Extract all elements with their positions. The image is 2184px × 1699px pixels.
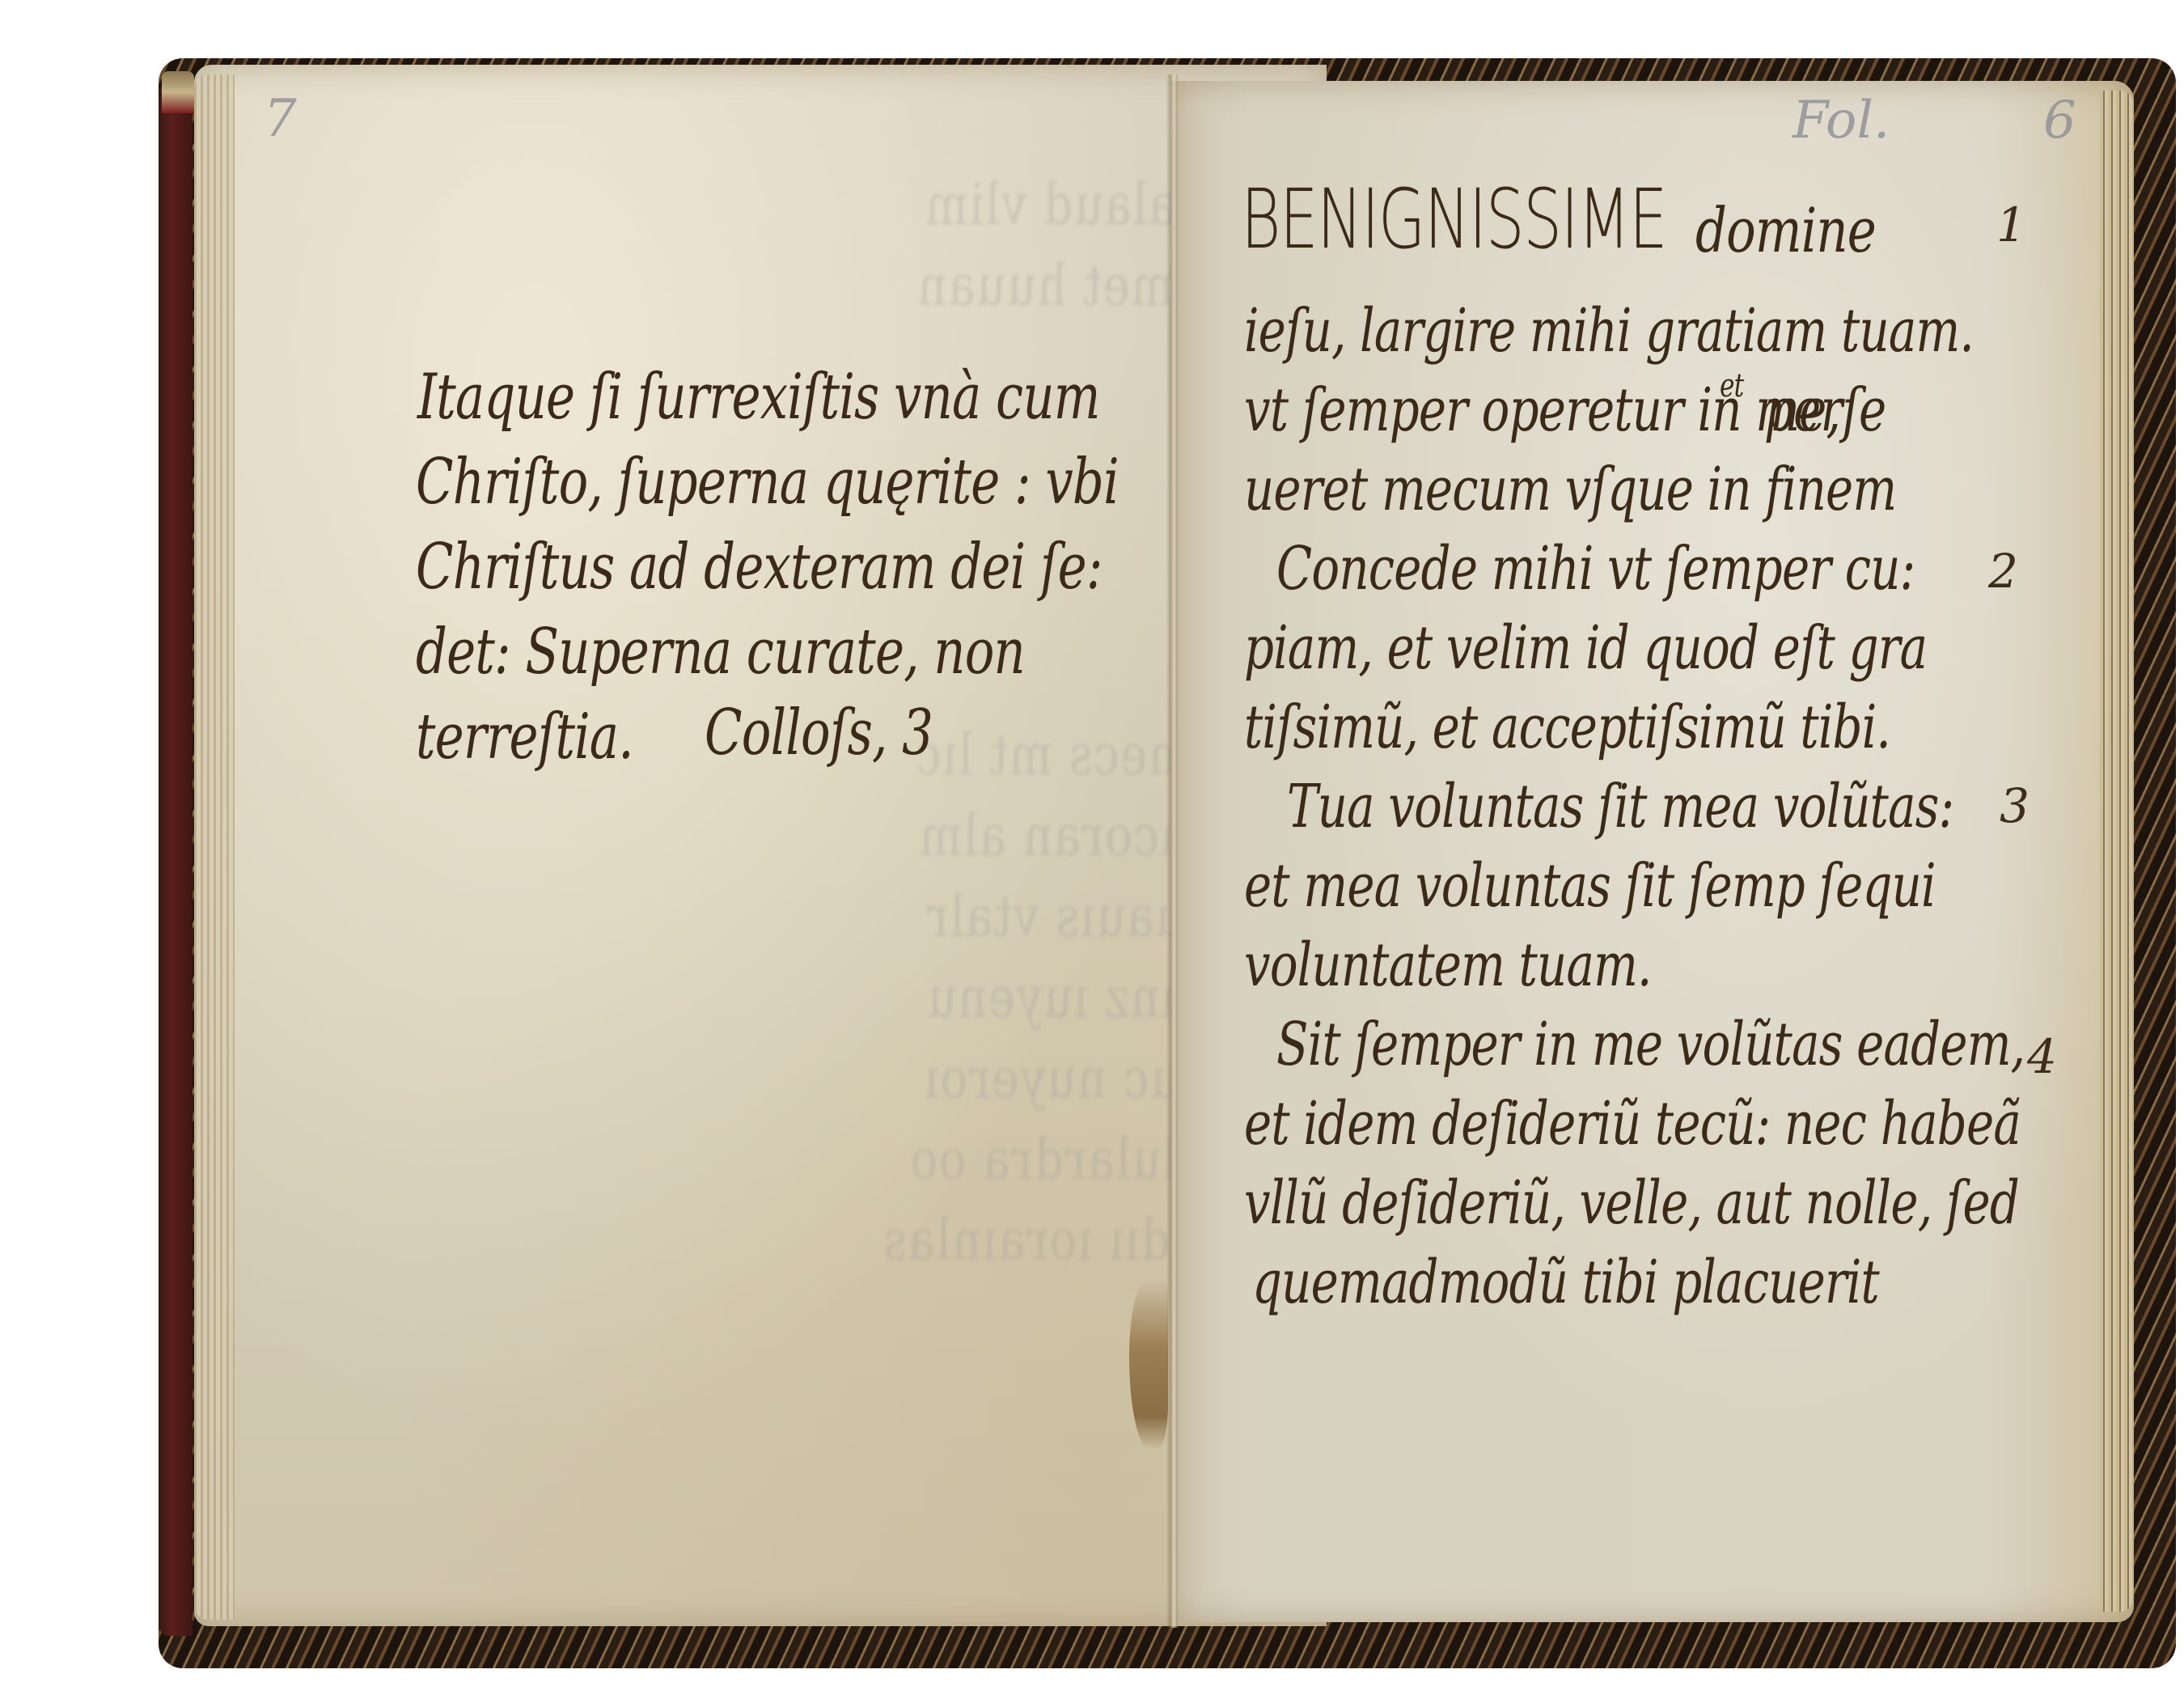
- margin-number: 2: [1988, 544, 2018, 599]
- scripture-citation: Colloſs, 3: [705, 701, 933, 765]
- text-line: Concede mihi vt ſemper cu:: [1276, 539, 1915, 599]
- text-line: terreſtia.: [416, 705, 633, 769]
- open-book: ſſonul ueqauor alaud vlim erumgit eripme…: [159, 58, 2181, 1668]
- heading-continuation: domine: [1695, 194, 1876, 266]
- red-spine: [159, 83, 193, 1636]
- text-line: ueret mecum vſque in finem: [1244, 460, 1896, 519]
- text-line: Sit ſemper in me volũtas eadem,: [1276, 1015, 2025, 1074]
- text-line-continuation: perſe: [1764, 380, 1886, 440]
- interlinear-insertion: et: [1720, 356, 1743, 416]
- pencil-folio-left: 7: [264, 89, 297, 149]
- text-line: piam, et velim id quod eſt gra: [1244, 618, 1927, 678]
- book-gutter: [1166, 74, 1178, 1628]
- margin-number: 1: [1996, 197, 2026, 252]
- spine-headband: [162, 71, 194, 113]
- margin-number: 3: [2000, 778, 2030, 833]
- margin-number: 4: [2027, 1029, 2057, 1084]
- text-line: tiſsimũ, et acceptiſsimũ tibi.: [1244, 697, 1890, 757]
- left-page-edges: [194, 74, 235, 1620]
- pencil-folio-label: Fol.: [1792, 91, 1890, 150]
- text-line: vt ſemper operetur in me,: [1244, 380, 1840, 440]
- text-line: vllũ deſideriũ, velle, aut nolle, ſed: [1244, 1173, 2019, 1233]
- text-line: Chriſto, ſuperna quęrite : vbi: [416, 451, 1119, 514]
- show-through-text: dıı ıoraınlas: [882, 1207, 1170, 1273]
- text-line: Chriſtus ad dexteram dei ſe:: [416, 536, 1103, 599]
- page-heading: BENIGNISSIME: [1241, 172, 1666, 268]
- text-line: voluntatem tuam.: [1244, 935, 1652, 995]
- text-line: Tua voluntas ſit mea volũtas:: [1287, 777, 1953, 837]
- text-line: et mea voluntas ſit ſemp ſequi: [1244, 856, 1936, 916]
- text-line: et idem deſideriũ tecũ: nec habeã: [1244, 1094, 2021, 1154]
- pencil-folio-number: 6: [2043, 91, 2076, 150]
- text-line: det: Superna curate, non: [416, 621, 1025, 684]
- text-line: quemadmodũ tibi placuerit: [1252, 1252, 1879, 1312]
- right-page-edges: [2100, 91, 2132, 1612]
- gutter-stain: [1129, 1280, 1168, 1450]
- text-line: ieſu, largire mihi gratiam tuam.: [1244, 301, 1974, 361]
- text-line: Itaque ſi ſurrexiſtis vnà cum: [417, 366, 1100, 429]
